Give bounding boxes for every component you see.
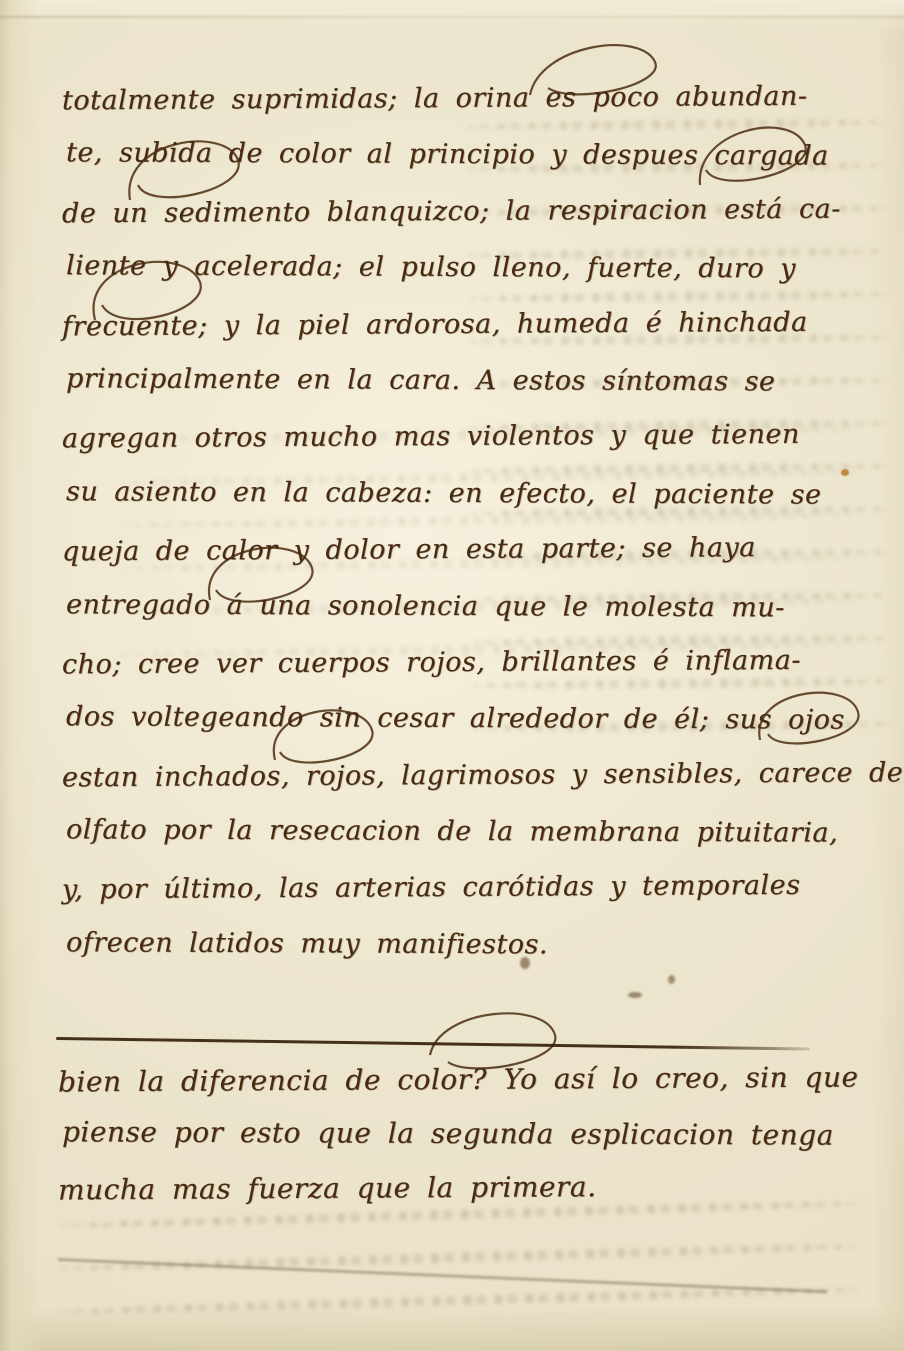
manuscript-line: principalmente en la cara. A estos sínto… (62, 350, 852, 410)
manuscript-line: estan inchados, rojos, lagrimosos y sens… (62, 744, 852, 805)
manuscript-line: liente y acelerada; el pulso lleno, fuer… (62, 237, 852, 297)
footnote-line: piense por esto que la segunda esplicaci… (58, 1104, 858, 1161)
manuscript-line: dos voltegeando sin cesar alrededor de é… (62, 689, 852, 749)
footnote-separator-rule (56, 1037, 810, 1050)
manuscript-line: olfato por la resecacion de la membrana … (62, 801, 852, 861)
manuscript-line: y, por último, las arterias carótidas y … (62, 857, 852, 918)
bleedthrough-rule (58, 1258, 827, 1293)
manuscript-line: te, subida de color al principio y despu… (62, 125, 852, 185)
manuscript-line: frecuente; y la piel ardorosa, humeda é … (62, 293, 852, 354)
manuscript-line: de un sedimento blanquizco; la respiraci… (62, 180, 852, 241)
ink-stain (628, 992, 642, 998)
footnote-line: bien la diferencia de color? Yo así lo c… (58, 1050, 858, 1109)
main-text-block: totalmente suprimidas; la orina es poco … (62, 70, 852, 972)
manuscript-line: totalmente suprimidas; la orina es poco … (62, 68, 852, 129)
manuscript-line: cho; cree ver cuerpos rojos, brillantes … (62, 631, 852, 692)
footnote-line: mucha mas fuerza que la primera. (58, 1158, 858, 1217)
manuscript-line: queja de calor y dolor en esta parte; se… (62, 519, 852, 580)
manuscript-line: agregan otros mucho mas violentos y que … (62, 406, 852, 467)
paper-crease (0, 16, 904, 18)
ink-stain (668, 975, 675, 984)
manuscript-line: entregado á una sonolencia que le molest… (62, 576, 852, 636)
manuscript-line: ofrecen latidos muy manifiestos. (62, 914, 852, 974)
footnote-block: bien la diferencia de color? Yo así lo c… (58, 1052, 858, 1214)
manuscript-page: totalmente suprimidas; la orina es poco … (0, 0, 904, 1351)
manuscript-line: su asiento en la cabeza: en efecto, el p… (62, 463, 852, 523)
